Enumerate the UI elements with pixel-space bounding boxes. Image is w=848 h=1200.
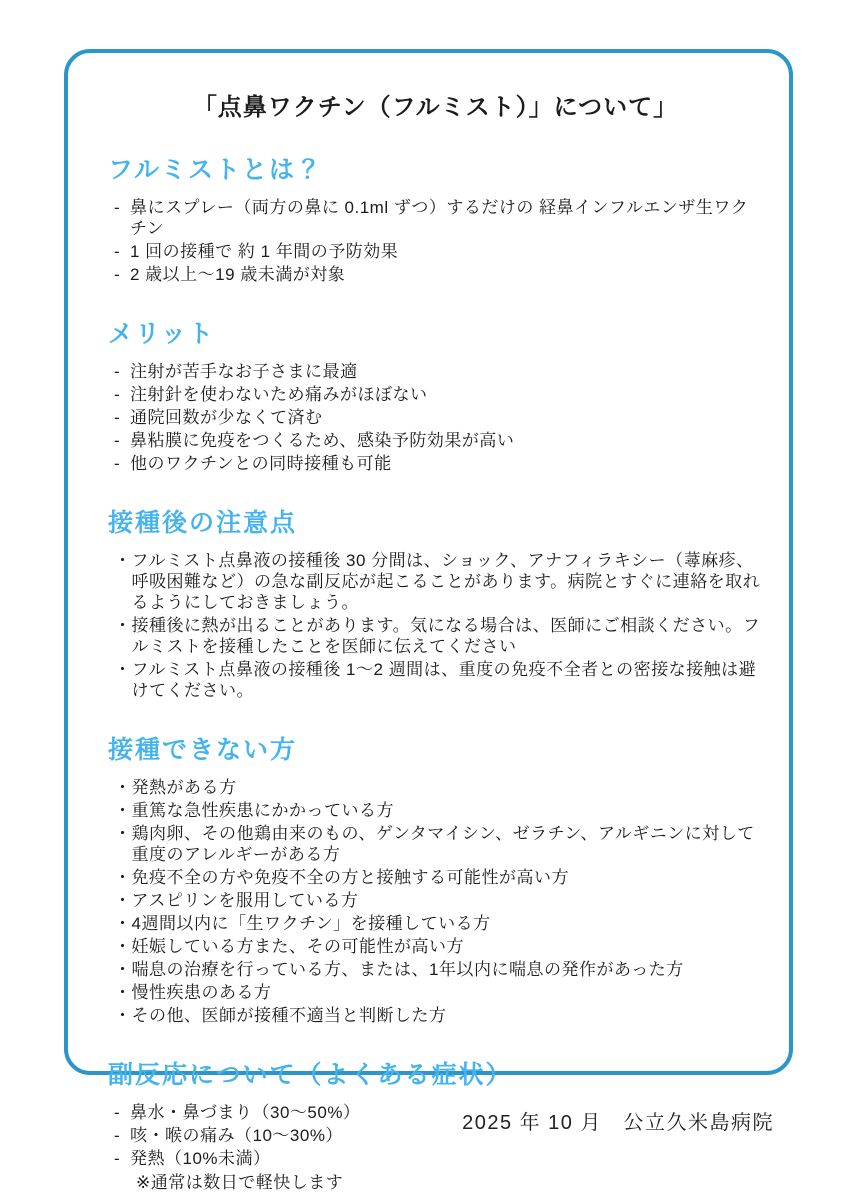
cautions-list: ・フルミスト点鼻液の接種後 30 分間は、ショック、アナフィラキシー（蕁麻疹、呼… <box>108 549 763 702</box>
item-text: 2 歳以上～19 歳未満が対象 <box>130 264 763 285</box>
list-item: ・喘息の治療を行っている方、または、1年以内に喘息の発作があった方 <box>114 958 763 981</box>
item-text: 他のワクチンとの同時接種も可能 <box>130 453 763 474</box>
item-text: 重篤な急性疾患にかかっている方 <box>132 800 764 821</box>
contraindications-list: ・発熱がある方・重篤な急性疾患にかかっている方・鶏肉卵、その他鶏由来のもの、ゲン… <box>108 776 763 1027</box>
bullet-marker: ・ <box>114 823 132 865</box>
footer-credit: 2025 年 10 月 公立久米島病院 <box>462 1106 774 1135</box>
item-text: その他、医師が接種不適当と判断した方 <box>132 1005 764 1026</box>
item-text: フルミスト点鼻液の接種後 30 分間は、ショック、アナフィラキシー（蕁麻疹、呼吸… <box>132 550 764 613</box>
list-item: ・発熱がある方 <box>114 776 763 799</box>
bullet-marker: - <box>114 264 130 285</box>
list-item: ・フルミスト点鼻液の接種後 30 分間は、ショック、アナフィラキシー（蕁麻疹、呼… <box>114 549 763 614</box>
bullet-marker: ・ <box>114 936 132 957</box>
leaflet-content: 「点鼻ワクチン（フルミスト）」について」 フルミストとは？ -鼻にスプレー（両方… <box>68 53 789 1193</box>
bullet-marker: - <box>114 1148 130 1169</box>
bullet-marker: ・ <box>114 959 132 980</box>
bullet-marker: - <box>114 407 130 428</box>
bullet-marker: - <box>114 1102 130 1123</box>
bullet-marker: ・ <box>114 659 132 701</box>
bullet-marker: ・ <box>114 800 132 821</box>
list-item: ・フルミスト点鼻液の接種後 1～2 週間は、重度の免疫不全者との密接な接触は避け… <box>114 658 763 702</box>
item-text: 4週間以内に「生ワクチン」を接種している方 <box>132 913 764 934</box>
section-heading-about: フルミストとは？ <box>108 150 763 186</box>
bullet-marker: - <box>114 361 130 382</box>
bullet-marker: - <box>114 430 130 451</box>
bullet-marker: - <box>114 384 130 405</box>
title-block: 「点鼻ワクチン（フルミスト）」について」 <box>108 87 763 122</box>
section-heading-contraindications: 接種できない方 <box>108 730 763 766</box>
item-text: 発熱がある方 <box>132 777 764 798</box>
item-text: 1 回の接種で 約 1 年間の予防効果 <box>130 241 763 262</box>
item-text: 通院回数が少なくて済む <box>130 407 763 428</box>
page-title: 「点鼻ワクチン（フルミスト）」について」 <box>193 87 678 122</box>
side-effects-note: ※通常は数日で軽快します <box>108 1172 763 1193</box>
list-item: ・4週間以内に「生ワクチン」を接種している方 <box>114 912 763 935</box>
section-merits: メリット -注射が苦手なお子さまに最適-注射針を使わないため痛みがほぼない-通院… <box>108 314 763 475</box>
section-heading-merits: メリット <box>108 314 763 350</box>
list-item: ・免疫不全の方や免疫不全の方と接触する可能性が高い方 <box>114 866 763 889</box>
item-text: 注射針を使わないため痛みがほぼない <box>130 384 763 405</box>
item-text: 慢性疾患のある方 <box>132 982 764 1003</box>
about-list: -鼻にスプレー（両方の鼻に 0.1ml ずつ）するだけの 経鼻インフルエンザ生ワ… <box>108 196 763 286</box>
item-text: 注射が苦手なお子さまに最適 <box>130 361 763 382</box>
bullet-marker: ・ <box>114 550 132 613</box>
bullet-marker: - <box>114 1125 130 1146</box>
list-item: -注射針を使わないため痛みがほぼない <box>114 383 763 406</box>
item-text: 喘息の治療を行っている方、または、1年以内に喘息の発作があった方 <box>132 959 764 980</box>
section-post-vaccination-cautions: 接種後の注意点 ・フルミスト点鼻液の接種後 30 分間は、ショック、アナフィラキ… <box>108 503 763 702</box>
item-text: 発熱（10%未満） <box>130 1148 763 1169</box>
section-heading-cautions: 接種後の注意点 <box>108 503 763 539</box>
list-item: -通院回数が少なくて済む <box>114 406 763 429</box>
leaflet-border: 「点鼻ワクチン（フルミスト）」について」 フルミストとは？ -鼻にスプレー（両方… <box>64 49 793 1075</box>
list-item: -注射が苦手なお子さまに最適 <box>114 360 763 383</box>
bullet-marker: ・ <box>114 913 132 934</box>
bullet-marker: ・ <box>114 615 132 657</box>
list-item: ・妊娠している方また、その可能性が高い方 <box>114 935 763 958</box>
list-item: -発熱（10%未満） <box>114 1147 763 1170</box>
list-item: ・アスピリンを服用している方 <box>114 889 763 912</box>
bullet-marker: ・ <box>114 777 132 798</box>
list-item: -1 回の接種で 約 1 年間の予防効果 <box>114 240 763 263</box>
list-item: ・鶏肉卵、その他鶏由来のもの、ゲンタマイシン、ゼラチン、アルギニンに対して重度の… <box>114 822 763 866</box>
bullet-marker: - <box>114 197 130 239</box>
merits-list: -注射が苦手なお子さまに最適-注射針を使わないため痛みがほぼない-通院回数が少な… <box>108 360 763 475</box>
item-text: 鼻にスプレー（両方の鼻に 0.1ml ずつ）するだけの 経鼻インフルエンザ生ワク… <box>130 197 763 239</box>
item-text: 接種後に熱が出ることがあります。気になる場合は、医師にご相談ください。フルミスト… <box>132 615 764 657</box>
bullet-marker: ・ <box>114 1005 132 1026</box>
bullet-marker: ・ <box>114 867 132 888</box>
list-item: -2 歳以上～19 歳未満が対象 <box>114 263 763 286</box>
item-text: アスピリンを服用している方 <box>132 890 764 911</box>
list-item: -鼻粘膜に免疫をつくるため、感染予防効果が高い <box>114 429 763 452</box>
item-text: フルミスト点鼻液の接種後 1～2 週間は、重度の免疫不全者との密接な接触は避けて… <box>132 659 764 701</box>
bullet-marker: - <box>114 453 130 474</box>
section-heading-side-effects: 副反応について（よくある症状） <box>108 1055 763 1091</box>
item-text: 免疫不全の方や免疫不全の方と接触する可能性が高い方 <box>132 867 764 888</box>
item-text: 鶏肉卵、その他鶏由来のもの、ゲンタマイシン、ゼラチン、アルギニンに対して重度のア… <box>132 823 764 865</box>
list-item: ・重篤な急性疾患にかかっている方 <box>114 799 763 822</box>
section-contraindications: 接種できない方 ・発熱がある方・重篤な急性疾患にかかっている方・鶏肉卵、その他鶏… <box>108 730 763 1027</box>
list-item: -鼻にスプレー（両方の鼻に 0.1ml ずつ）するだけの 経鼻インフルエンザ生ワ… <box>114 196 763 240</box>
list-item: ・慢性疾患のある方 <box>114 981 763 1004</box>
list-item: ・その他、医師が接種不適当と判断した方 <box>114 1004 763 1027</box>
bullet-marker: - <box>114 241 130 262</box>
bullet-marker: ・ <box>114 982 132 1003</box>
list-item: ・接種後に熱が出ることがあります。気になる場合は、医師にご相談ください。フルミス… <box>114 614 763 658</box>
section-flumist-about: フルミストとは？ -鼻にスプレー（両方の鼻に 0.1ml ずつ）するだけの 経鼻… <box>108 150 763 286</box>
item-text: 鼻粘膜に免疫をつくるため、感染予防効果が高い <box>130 430 763 451</box>
item-text: 妊娠している方また、その可能性が高い方 <box>132 936 764 957</box>
bullet-marker: ・ <box>114 890 132 911</box>
list-item: -他のワクチンとの同時接種も可能 <box>114 452 763 475</box>
